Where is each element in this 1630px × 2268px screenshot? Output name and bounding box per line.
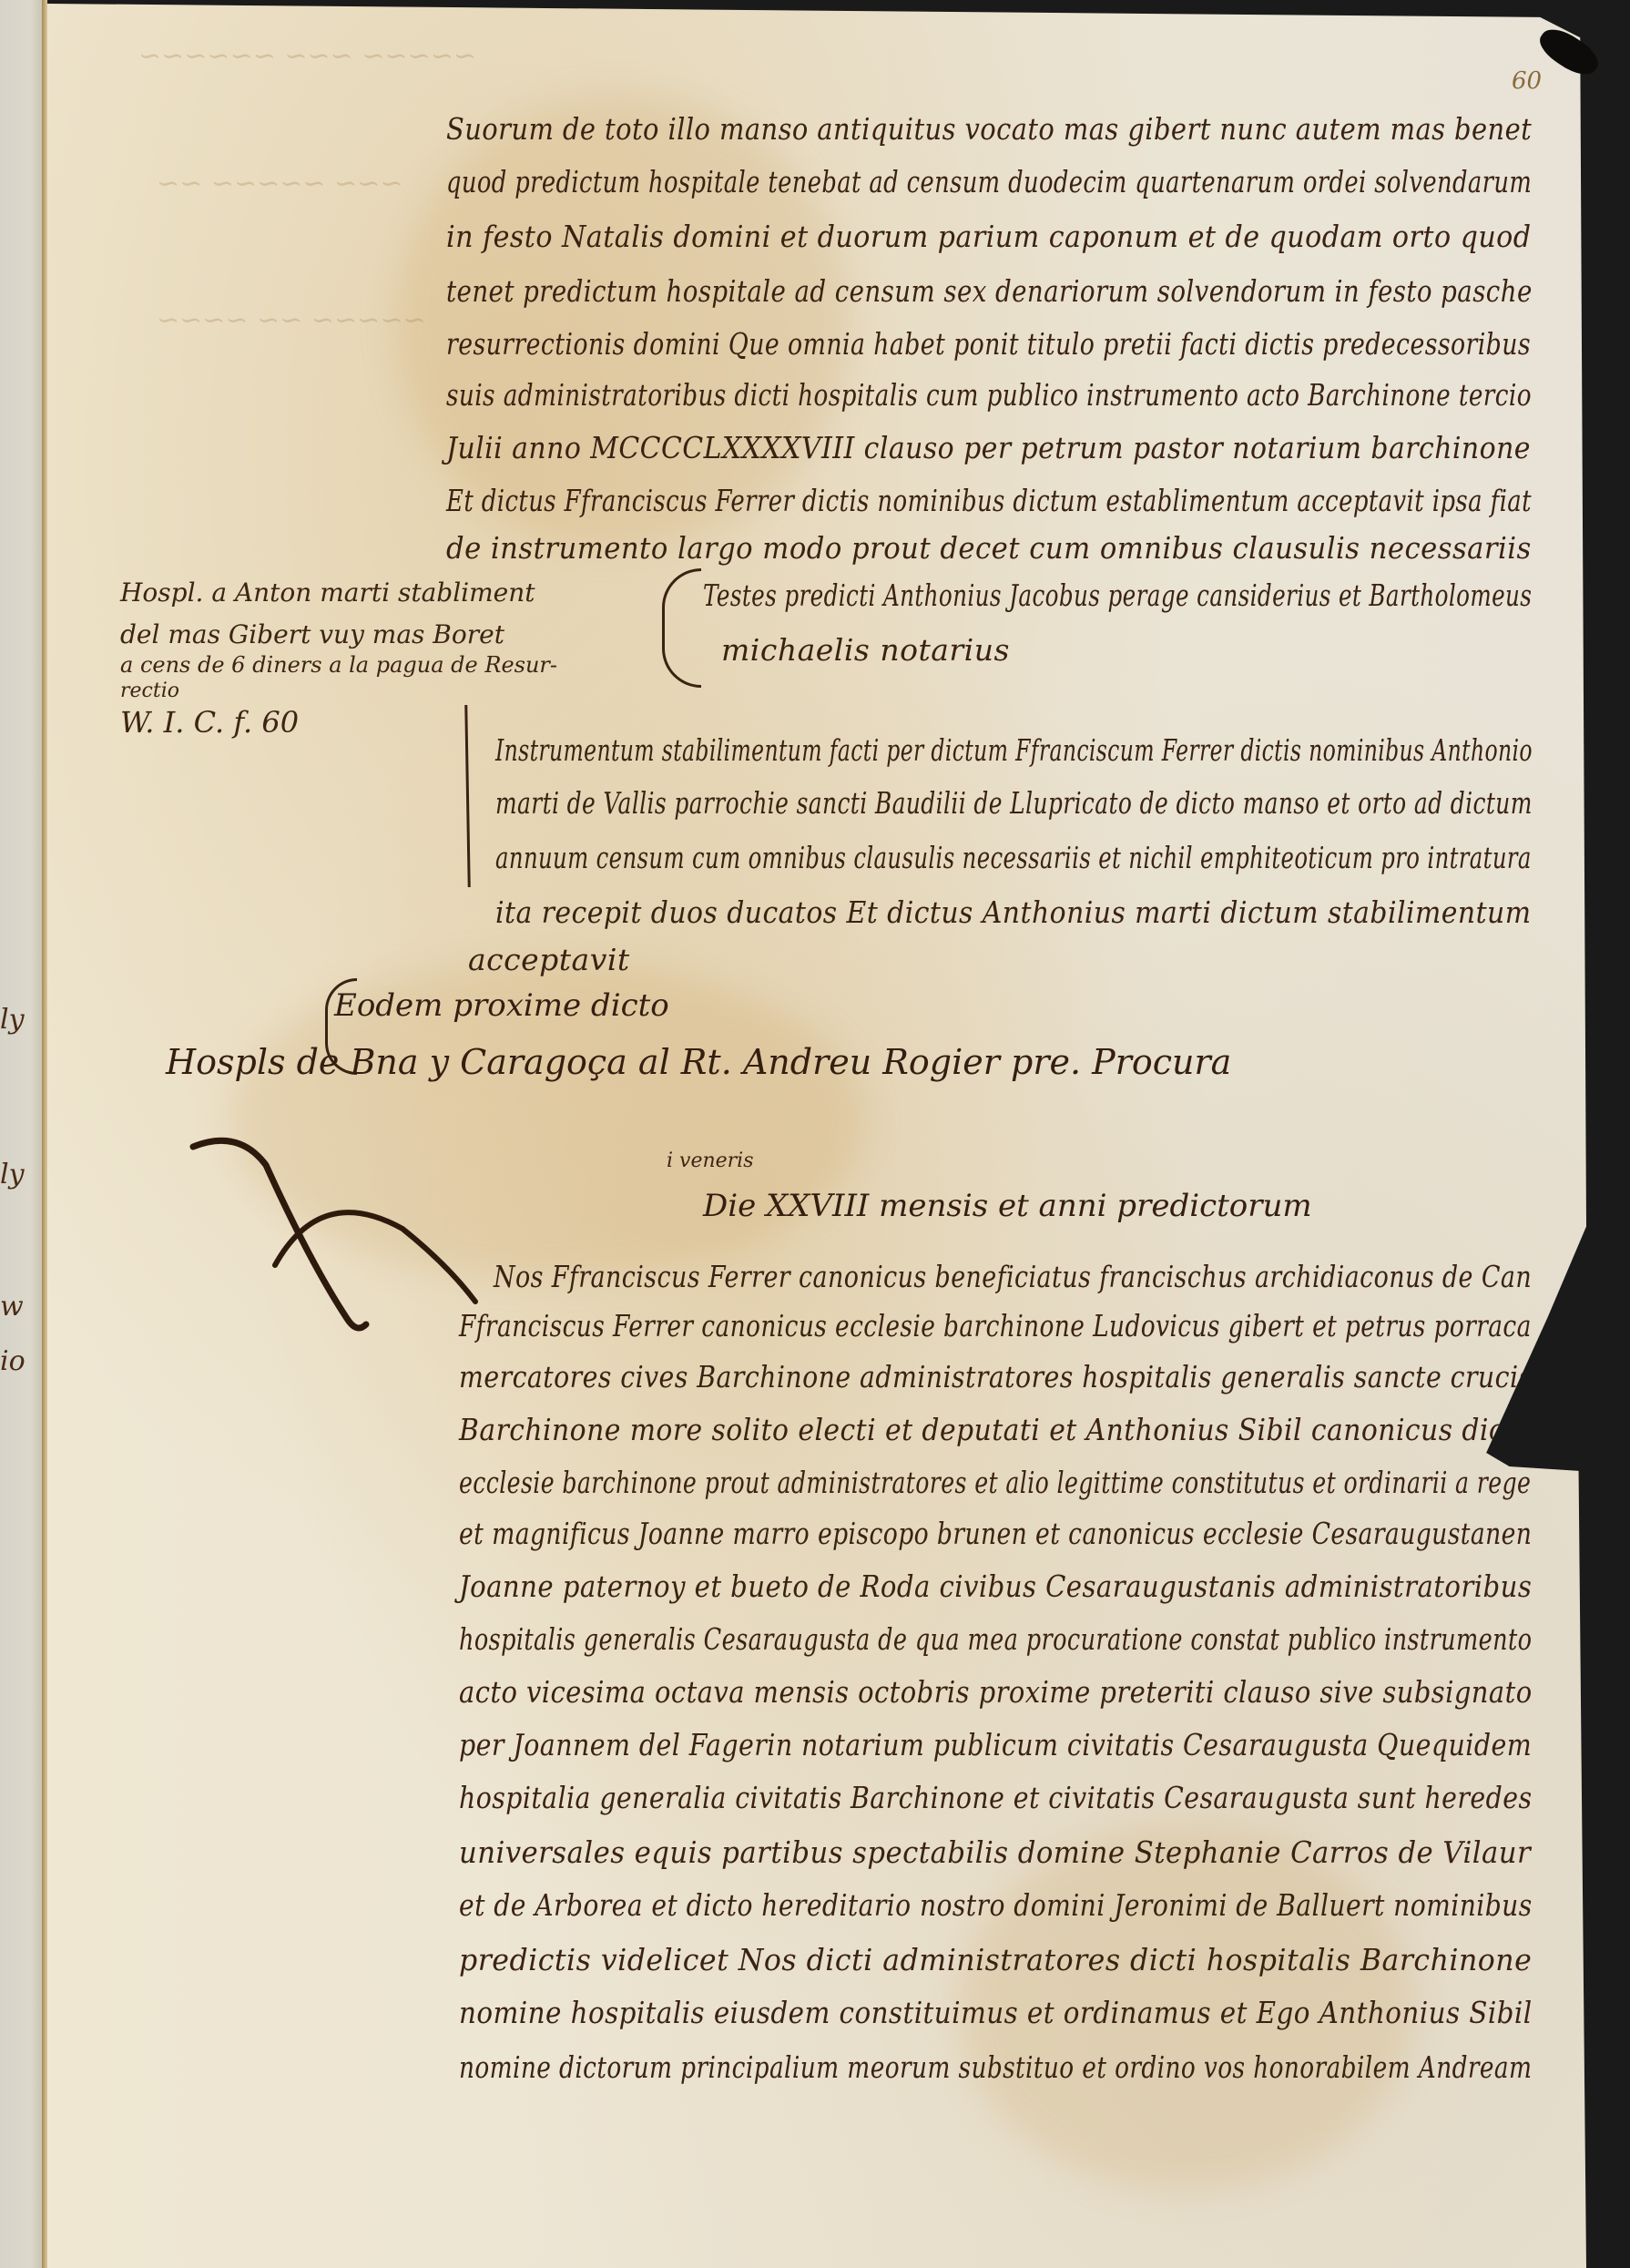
margin-note-hospital: Hospls de Bna y Caragoça al Rt. Andreu R…: [166, 1042, 1231, 1082]
text-line: resurrectionis domini Que omnia habet po…: [446, 326, 1531, 362]
folio-number: 60: [1512, 67, 1542, 95]
text-line: Instrumentum stabilimentum facti per dic…: [495, 732, 1533, 768]
text-line: quod predictum hospitale tenebat ad cens…: [446, 164, 1532, 199]
text-line: Nos Ffranciscus Ferrer canonicus benefic…: [494, 1259, 1532, 1294]
date-superscript: i veneris: [667, 1149, 754, 1172]
margin-note-line: del mas Gibert vuy mas Boret: [120, 619, 504, 649]
left-page-fragment: io: [0, 1348, 25, 1375]
text-line: suis administratoribus dicti hospitalis …: [446, 377, 1532, 413]
margin-note-reference: W. I. C. f. 60: [120, 705, 299, 740]
text-line: ecclesie barchinone prout administratore…: [459, 1465, 1531, 1500]
text-line: ita recepit duos ducatos Et dictus Antho…: [495, 894, 1532, 930]
margin-rule: [464, 705, 470, 887]
text-line: Et dictus Ffranciscus Ferrer dictis nomi…: [446, 483, 1532, 518]
bleed-through-text: ~~~~~ ~~~ ~~~~~~: [138, 40, 476, 72]
text-line: acceptavit: [468, 942, 630, 977]
text-line: Joanne paternoy et bueto de Roda civibus…: [459, 1568, 1532, 1604]
left-page-fragment: ly: [0, 1161, 25, 1189]
text-line: et magnificus Joanne marro episcopo brun…: [459, 1516, 1532, 1551]
text-line: et de Arborea et dicto hereditario nostr…: [459, 1887, 1533, 1923]
text-line: per Joannem del Fagerin notarium publicu…: [459, 1727, 1532, 1762]
text-line: Ffranciscus Ferrer canonicus ecclesie ba…: [459, 1308, 1532, 1343]
left-page-fragment: ly: [0, 1006, 25, 1034]
text-line: marti de Vallis parrochie sancti Baudili…: [495, 785, 1533, 821]
witness-bracket: [662, 568, 701, 688]
foxing-stain: [393, 95, 849, 550]
bleed-through-text: ~~~ ~~~~~ ~~: [157, 168, 402, 199]
text-line: hospitalis generalis Cesaraugusta de qua…: [459, 1621, 1532, 1657]
text-line: in festo Natalis domini et duorum parium…: [446, 219, 1532, 254]
text-line: predictis videlicet Nos dicti administra…: [459, 1942, 1532, 1977]
text-line: Barchinone more solito electi et deputat…: [459, 1412, 1533, 1447]
text-line: hospitalia generalia civitatis Barchinon…: [459, 1780, 1532, 1815]
text-line: mercatores cives Barchinone administrato…: [459, 1359, 1532, 1395]
margin-note-line: rectio: [120, 679, 179, 702]
bleed-through-text: ~~~~~ ~~ ~~~~: [157, 304, 426, 336]
text-line: annuum censum cum omnibus clausulis nece…: [495, 840, 1532, 875]
text-line: de instrumento largo modo prout decet cu…: [446, 530, 1532, 566]
initial-flourish-icon: [184, 1129, 494, 1338]
witness-line: michaelis notarius: [721, 632, 1010, 668]
margin-note-line: a cens de 6 diners a la pagua de Resur-: [120, 652, 557, 678]
margin-note-line: Hospl. a Anton marti stabliment: [120, 577, 535, 608]
text-line: nomine dictorum principalium meorum subs…: [459, 2049, 1532, 2085]
manuscript-folio: ~~~~~ ~~~ ~~~~~~ ~~~ ~~~~~ ~~ ~~~~~ ~~ ~…: [47, 4, 1586, 2268]
text-line: Suorum de toto illo manso antiquitus voc…: [446, 111, 1532, 147]
section-heading: Eodem proxime dicto: [334, 987, 669, 1024]
text-line: Julii anno MCCCCLXXXXVIII clauso per pet…: [446, 430, 1531, 465]
adjoining-page-edge: ly ly w io: [0, 0, 44, 2268]
left-page-fragment: w: [0, 1293, 24, 1321]
text-line: universales equis partibus spectabilis d…: [459, 1834, 1531, 1870]
text-line: acto vicesima octava mensis octobris pro…: [459, 1674, 1533, 1710]
witness-line: Testes predicti Anthonius Jacobus perage…: [703, 577, 1532, 613]
date-line: Die XXVIII mensis et anni predictorum: [703, 1188, 1312, 1224]
text-line: nomine hospitalis eiusdem constituimus e…: [459, 1995, 1533, 2030]
text-line: tenet predictum hospitale ad censum sex …: [446, 273, 1533, 309]
binding-gutter: [42, 0, 47, 2268]
